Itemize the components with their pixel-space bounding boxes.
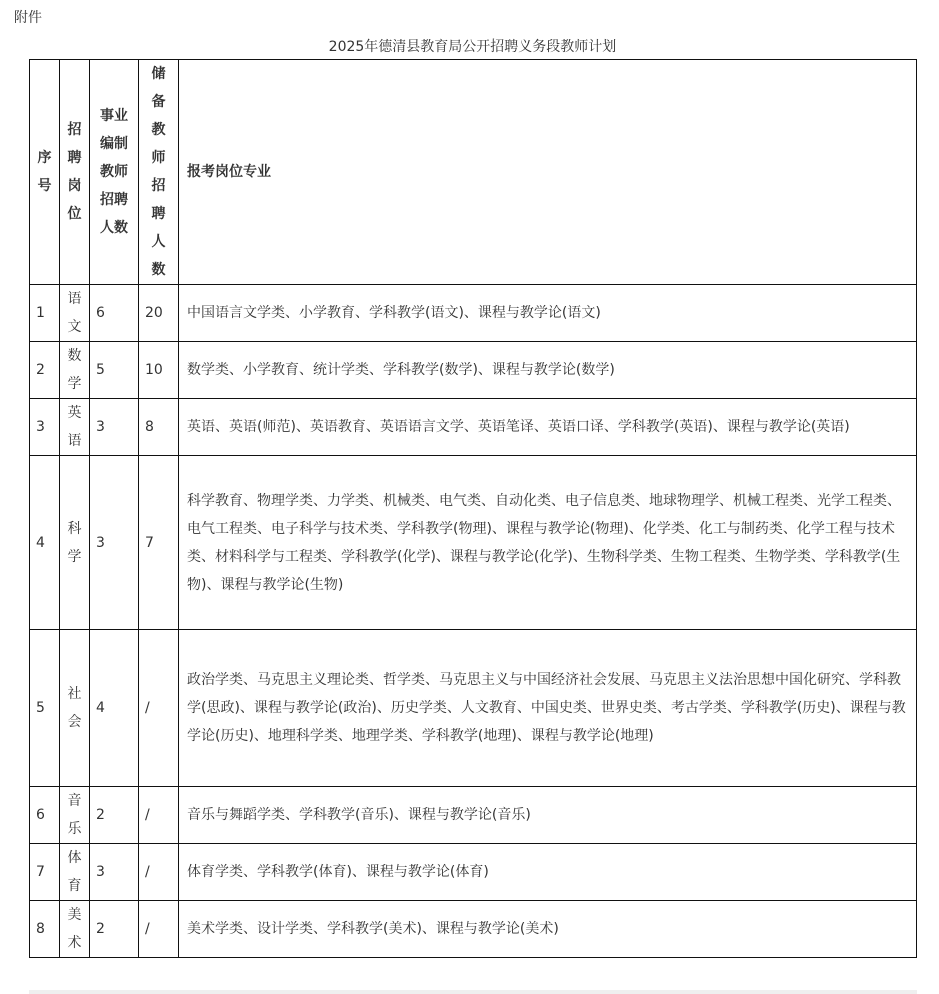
row-post: 语文 [60,285,90,342]
row-majors: 英语、英语(师范)、英语教育、英语语言文学、英语笔译、英语口译、学科教学(英语)… [179,399,917,456]
table-row: 4 科学 3 7 科学教育、物理学类、力学类、机械类、电气类、自动化类、电子信息… [30,456,917,630]
row-majors: 数学类、小学教育、统计学类、学科教学(数学)、课程与教学论(数学) [179,342,917,399]
row-post: 英语 [60,399,90,456]
table-row: 6 音乐 2 / 音乐与舞蹈学类、学科教学(音乐)、课程与教学论(音乐) [30,787,917,844]
row-post: 数学 [60,342,90,399]
row-staff-count: 3 [90,399,139,456]
row-staff-count: 4 [90,630,139,787]
row-post: 美术 [60,901,90,958]
row-no: 8 [30,901,60,958]
bottom-divider-strip [29,990,917,994]
table-row: 1 语文 6 20 中国语言文学类、小学教育、学科教学(语文)、课程与教学论(语… [30,285,917,342]
table-row: 3 英语 3 8 英语、英语(师范)、英语教育、英语语言文学、英语笔译、英语口译… [30,399,917,456]
header-staff-count: 事业编制教师招聘人数 [90,60,139,285]
recruitment-plan-table: 序号 招聘岗位 事业编制教师招聘人数 储备教师招聘人数 报考岗位专业 1 语文 … [29,59,917,958]
row-reserve-count: / [139,630,179,787]
header-reserve-count: 储备教师招聘人数 [139,60,179,285]
row-majors: 音乐与舞蹈学类、学科教学(音乐)、课程与教学论(音乐) [179,787,917,844]
document-title: 2025年德清县教育局公开招聘义务段教师计划 [0,36,939,56]
row-staff-count: 2 [90,901,139,958]
header-post: 招聘岗位 [60,60,90,285]
row-staff-count: 3 [90,456,139,630]
row-staff-count: 3 [90,844,139,901]
row-reserve-count: 7 [139,456,179,630]
row-no: 2 [30,342,60,399]
row-reserve-count: / [139,787,179,844]
header-majors: 报考岗位专业 [179,60,917,285]
header-no: 序号 [30,60,60,285]
row-reserve-count: / [139,844,179,901]
row-majors: 科学教育、物理学类、力学类、机械类、电气类、自动化类、电子信息类、地球物理学、机… [179,456,917,630]
row-post: 音乐 [60,787,90,844]
table-row: 7 体育 3 / 体育学类、学科教学(体育)、课程与教学论(体育) [30,844,917,901]
row-post: 科学 [60,456,90,630]
table-row: 2 数学 5 10 数学类、小学教育、统计学类、学科教学(数学)、课程与教学论(… [30,342,917,399]
row-no: 5 [30,630,60,787]
table-header-row: 序号 招聘岗位 事业编制教师招聘人数 储备教师招聘人数 报考岗位专业 [30,60,917,285]
row-majors: 美术学类、设计学类、学科教学(美术)、课程与教学论(美术) [179,901,917,958]
row-reserve-count: / [139,901,179,958]
row-majors: 政治学类、马克思主义理论类、哲学类、马克思主义与中国经济社会发展、马克思主义法治… [179,630,917,787]
row-reserve-count: 10 [139,342,179,399]
row-majors: 中国语言文学类、小学教育、学科教学(语文)、课程与教学论(语文) [179,285,917,342]
row-no: 6 [30,787,60,844]
table-row: 5 社会 4 / 政治学类、马克思主义理论类、哲学类、马克思主义与中国经济社会发… [30,630,917,787]
row-post: 社会 [60,630,90,787]
row-no: 4 [30,456,60,630]
row-reserve-count: 20 [139,285,179,342]
row-majors: 体育学类、学科教学(体育)、课程与教学论(体育) [179,844,917,901]
attachment-label: 附件 [14,7,42,27]
row-staff-count: 6 [90,285,139,342]
row-no: 3 [30,399,60,456]
row-no: 1 [30,285,60,342]
row-post: 体育 [60,844,90,901]
table-row: 8 美术 2 / 美术学类、设计学类、学科教学(美术)、课程与教学论(美术) [30,901,917,958]
row-staff-count: 2 [90,787,139,844]
row-no: 7 [30,844,60,901]
row-staff-count: 5 [90,342,139,399]
row-reserve-count: 8 [139,399,179,456]
